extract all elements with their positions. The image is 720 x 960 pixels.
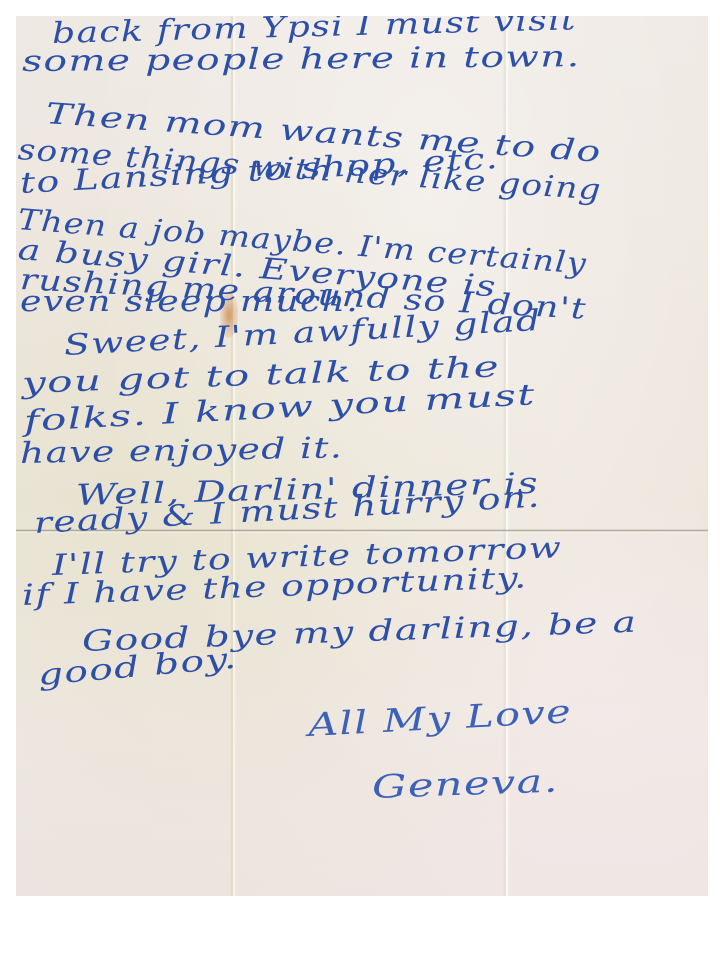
letter-closing: All My Love bbox=[307, 692, 573, 744]
letter-signature: Geneva. bbox=[371, 761, 559, 805]
letter-line: even sleep much. bbox=[20, 284, 359, 318]
letter-line: some people here in town. bbox=[22, 39, 581, 78]
letter-line: have enjoyed it. bbox=[20, 430, 344, 470]
letter-page: back from Ypsi I must visit some people … bbox=[16, 16, 708, 896]
letter-line: good boy. bbox=[37, 641, 239, 692]
